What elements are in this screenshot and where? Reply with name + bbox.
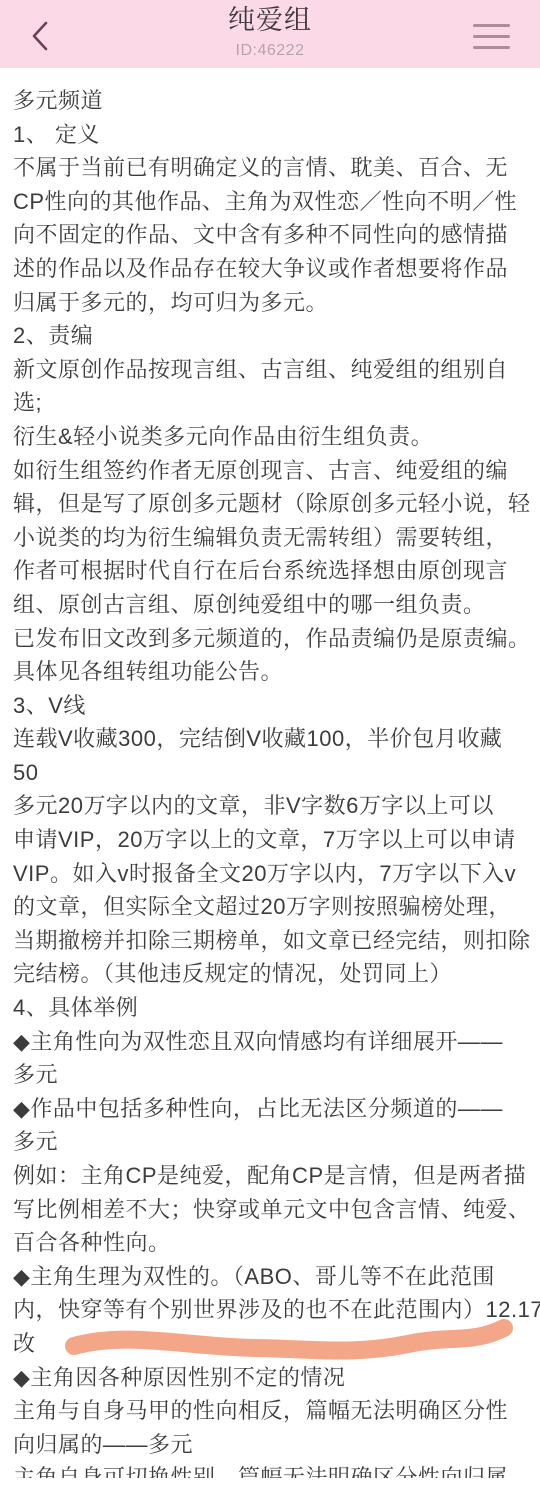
text-line: 述的作品以及作品存在较大争议或作者想要将作品 <box>13 252 530 286</box>
hamburger-icon <box>473 24 510 27</box>
app-header: 纯爱组 ID:46222 <box>0 0 540 68</box>
text-line: 申请VIP，20万字以上的文章，7万字以上可以申请 <box>13 823 530 857</box>
text-line: ◆作品中包括多种性向，占比无法区分频道的—— <box>13 1092 530 1126</box>
text-line: 主角自身可切换性别，篇幅无法明确区分性向归属 <box>13 1461 530 1478</box>
hamburger-icon <box>473 46 510 49</box>
text-line: 多元 <box>13 1125 530 1159</box>
text-line: 改 <box>13 1327 530 1361</box>
text-line: 不属于当前已有明确定义的言情、耽美、百合、无 <box>13 151 530 185</box>
text-line: 写比例相差不大；快穿或单元文中包含言情、纯爱、 <box>13 1193 530 1227</box>
text-line: 内，快穿等有个别世界涉及的也不在此范围内）12.17 <box>13 1293 530 1327</box>
text-line: 多元频道 <box>13 84 530 118</box>
text-line: 归属于多元的，均可归为多元。 <box>13 286 530 320</box>
text-line: 组、原创古言组、原创纯爱组中的哪一组负责。 <box>13 588 530 622</box>
text-line: 1、 定义 <box>13 118 530 152</box>
app-screen: 纯爱组 ID:46222 多元频道1、 定义不属于当前已有明确定义的言情、耽美、… <box>0 0 540 1504</box>
text-line: 完结榜。（其他违反规定的情况，处罚同上） <box>13 957 530 991</box>
text-line: VIP。如入v时报备全文20万字以内，7万字以下入v <box>13 857 530 891</box>
text-line: 选; <box>13 386 530 420</box>
text-line: 4、具体举例 <box>13 991 530 1025</box>
text-line: 向不固定的作品、文中含有多种不同性向的感情描 <box>13 218 530 252</box>
page-id: ID:46222 <box>228 43 312 59</box>
text-line: 如衍生组签约作者无原创现言、古言、纯爱组的编 <box>13 454 530 488</box>
text-line: 50 <box>13 756 530 790</box>
hamburger-icon <box>473 35 510 38</box>
text-line: ◆主角因各种原因性别不定的情况 <box>13 1361 530 1395</box>
text-line: 作者可根据时代自行在后台系统选择想由原创现言 <box>13 554 530 588</box>
rules-document-body: 多元频道1、 定义不属于当前已有明确定义的言情、耽美、百合、无CP性向的其他作品… <box>0 68 540 1504</box>
text-line: 衍生&轻小说类多元向作品由衍生组负责。 <box>13 420 530 454</box>
text-line: CP性向的其他作品、主角为双性恋／性向不明／性 <box>13 185 530 219</box>
text-line: 主角与自身马甲的性向相反，篇幅无法明确区分性 <box>13 1394 530 1428</box>
text-line: 具体见各组转组功能公告。 <box>13 655 530 689</box>
menu-button[interactable] <box>473 24 510 49</box>
back-button[interactable] <box>30 16 64 56</box>
text-line: 多元20万字以内的文章，非V字数6万字以上可以 <box>13 789 530 823</box>
text-line: 辑，但是写了原创多元题材（除原创多元轻小说，轻 <box>13 487 530 521</box>
header-titles: 纯爱组 ID:46222 <box>228 7 312 59</box>
text-line: ◆主角性向为双性恋且双向情感均有详细展开—— <box>13 1025 530 1059</box>
text-line: 向归属的——多元 <box>13 1428 530 1462</box>
text-line: 百合各种性向。 <box>13 1226 530 1260</box>
text-line: 多元 <box>13 1058 530 1092</box>
text-line: ◆主角生理为双性的。（ABO、哥儿等不在此范围 <box>13 1260 530 1294</box>
text-line: 已发布旧文改到多元频道的，作品责编仍是原责编。 <box>13 622 530 656</box>
chevron-left-icon <box>30 20 50 52</box>
text-line: 小说类的均为衍生编辑负责无需转组）需要转组， <box>13 521 530 555</box>
text-line: 2、责编 <box>13 319 530 353</box>
page-title: 纯爱组 <box>228 7 312 34</box>
text-line: 例如：主角CP是纯爱，配角CP是言情，但是两者描 <box>13 1159 530 1193</box>
text-line: 的文章，但实际全文超过20万字则按照骗榜处理， <box>13 890 530 924</box>
text-line: 新文原创作品按现言组、古言组、纯爱组的组别自 <box>13 353 530 387</box>
text-line: 当期撤榜并扣除三期榜单，如文章已经完结，则扣除 <box>13 924 530 958</box>
text-line: 连载V收藏300，完结倒V收藏100，半价包月收藏 <box>13 722 530 756</box>
text-line: 3、V线 <box>13 689 530 723</box>
